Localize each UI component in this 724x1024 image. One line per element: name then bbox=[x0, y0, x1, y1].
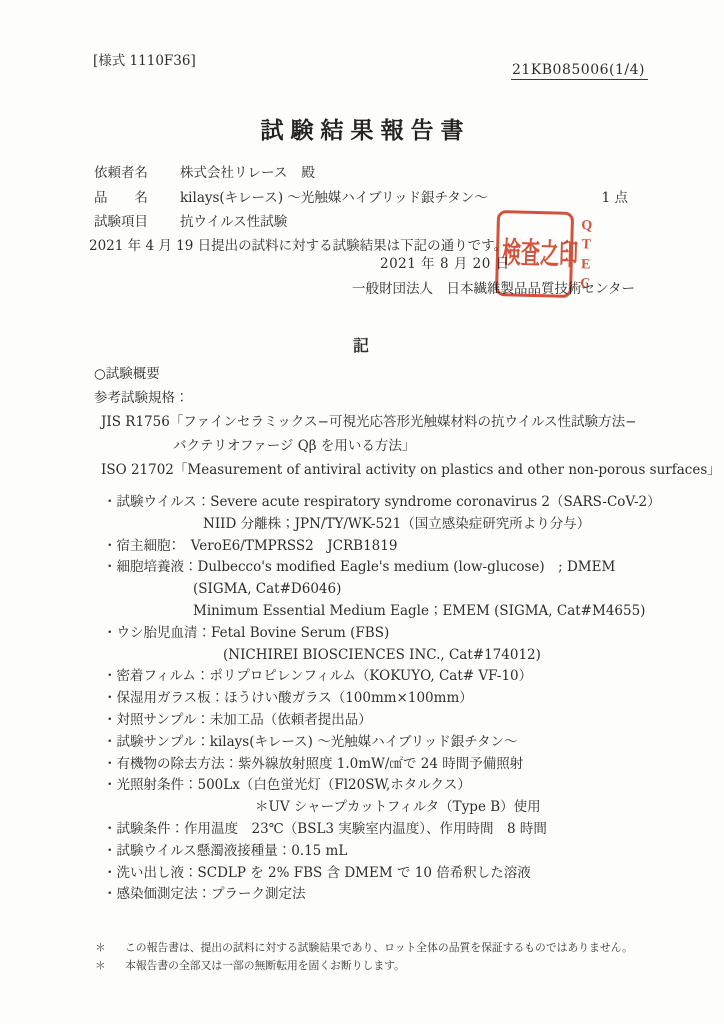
footnote-text: この報告書は、提出の試料に対する試験結果であり、ロット全体の品質を保証するもので… bbox=[125, 939, 633, 957]
form-code: [様式 1110F36] bbox=[93, 49, 196, 69]
condition-host-cell: ・宿主細胞： VeroE6/TMPRSS2 JCRB1819 bbox=[103, 536, 703, 558]
footnote-no-reproduction: ＊ 本報告書の全部又は一部の無断転用を固くお断りします。 bbox=[95, 957, 695, 975]
seal-char: 印 bbox=[559, 240, 579, 270]
test-item-label: 試験項目 bbox=[94, 210, 180, 230]
condition-control-sample: ・対照サンプル：未加工品（依頼者提出品） bbox=[103, 710, 703, 732]
page-title: 試験結果報告書 bbox=[0, 112, 724, 145]
stamp-letter-e: E bbox=[581, 257, 591, 273]
product-name: kilays(キレース) ～光触媒ハイブリッド銀チタン～ bbox=[180, 186, 488, 206]
issue-date: 2021 年 8 月 20 日 bbox=[380, 252, 510, 272]
client-name: 株式会社リレース bbox=[180, 161, 287, 181]
footnote-disclaimer: ＊ この報告書は、提出の試料に対する試験結果であり、ロット全体の品質を保証するも… bbox=[95, 939, 695, 957]
condition-titer-method: ・感染価測定法：プラーク測定法 bbox=[103, 884, 703, 906]
test-conditions-list: ・試験ウイルス：Severe acute respiratory syndrom… bbox=[103, 492, 703, 906]
standard-jis-continuation: バクテリオファージ Qβ を用いる方法」 bbox=[173, 434, 674, 458]
condition-washout-solution: ・洗い出し液：SCDLP を 2% FBS 含 DMEM で 10 倍希釈した溶… bbox=[103, 863, 703, 885]
client-label: 依頼者名 bbox=[94, 161, 180, 181]
condition-test-environment: ・試験条件：作用温度 23℃（BSL3 実験室内温度）、作用時間 8 時間 bbox=[103, 819, 703, 841]
stamp-letter-q: Q bbox=[581, 218, 592, 234]
condition-fbs-supplier: (NICHIREI BIOSCIENCES INC., Cat#174012) bbox=[223, 645, 703, 667]
qtec-seal-stamp: 検 査 之 印 Q T E C bbox=[495, 210, 574, 298]
condition-organic-removal: ・有機物の除去方法：紫外線放射照度 1.0mW/㎠で 24 時間予備照射 bbox=[103, 754, 703, 776]
footnote-asterisk: ＊ bbox=[95, 939, 125, 957]
condition-uv-filter: ＊UV シャープカットフィルタ（Type B）使用 bbox=[255, 797, 703, 819]
condition-adhesion-film: ・密着フィルム：ポリプロピレンフィルム（KOKUYO, Cat# VF-10） bbox=[103, 666, 703, 688]
footnote-text: 本報告書の全部又は一部の無断転用を固くお断りします。 bbox=[125, 957, 405, 975]
client-row: 依頼者名 株式会社リレース 殿 bbox=[94, 161, 642, 181]
stamp-seal-script: 検 査 之 印 bbox=[500, 194, 579, 314]
seal-char: 之 bbox=[540, 239, 560, 269]
condition-inoculation-amount: ・試験ウイルス懸濁液接種量：0.15 mL bbox=[103, 841, 703, 863]
overview-heading: ○試験概要 bbox=[94, 362, 674, 386]
test-overview-section: ○試験概要 参考試験規格： JIS R1756「ファインセラミックス−可視光応答… bbox=[94, 362, 674, 482]
stamp-qtec-letters: Q T E C bbox=[577, 217, 595, 293]
standard-iso-line: ISO 21702「Measurement of antiviral activ… bbox=[101, 458, 674, 482]
product-label: 品 名 bbox=[94, 186, 180, 206]
condition-test-sample: ・試験サンプル：kilays(キレース) ～光触媒ハイブリッド銀チタン～ bbox=[103, 732, 703, 754]
stamp-letter-c: C bbox=[580, 276, 591, 292]
condition-culture-medium-cat: (SIGMA, Cat#D6046) bbox=[193, 579, 703, 601]
footnotes-section: ＊ この報告書は、提出の試料に対する試験結果であり、ロット全体の品質を保証するも… bbox=[95, 939, 695, 974]
client-honorific: 殿 bbox=[301, 161, 315, 181]
footnote-asterisk: ＊ bbox=[95, 957, 125, 975]
product-quantity: 1 点 bbox=[602, 186, 628, 206]
seal-char: 査 bbox=[521, 239, 541, 269]
stamp-letter-t: T bbox=[581, 238, 591, 254]
seal-char: 検 bbox=[502, 238, 522, 268]
result-statement: 2021 年 4 月 19 日提出の試料に対する試験結果は下記の通りです。 bbox=[89, 234, 507, 254]
condition-culture-medium-emem: Minimum Essential Medium Eagle；EMEM (SIG… bbox=[193, 601, 703, 623]
condition-fbs: ・ウシ胎児血清：Fetal Bovine Serum (FBS) bbox=[103, 623, 703, 645]
condition-test-virus: ・試験ウイルス：Severe acute respiratory syndrom… bbox=[103, 492, 703, 514]
condition-culture-medium: ・細胞培養液：Dulbecco's modified Eagle's mediu… bbox=[103, 557, 703, 579]
standard-jis-line: JIS R1756「ファインセラミックス−可視光応答形光触媒材料の抗ウイルス性試… bbox=[101, 410, 674, 434]
condition-test-virus-strain: NIID 分離株；JPN/TY/WK-521（国立感染症研究所より分与） bbox=[203, 514, 703, 536]
standards-label: 参考試験規格： bbox=[94, 386, 674, 410]
test-report-page: [様式 1110F36] 21KB085006(1/4) 試験結果報告書 依頼者… bbox=[0, 0, 724, 1024]
test-item-value: 抗ウイルス性試験 bbox=[180, 210, 287, 230]
condition-glass-plate: ・保湿用ガラス板：ほうけい酸ガラス（100mm×100mm） bbox=[103, 688, 703, 710]
condition-light-irradiation: ・光照射条件：500Lx（白色蛍光灯（Fl20SW,ホタルクス） bbox=[103, 775, 703, 797]
report-number: 21KB085006(1/4) bbox=[511, 62, 648, 80]
section-marker-ki: 記 bbox=[0, 333, 724, 356]
